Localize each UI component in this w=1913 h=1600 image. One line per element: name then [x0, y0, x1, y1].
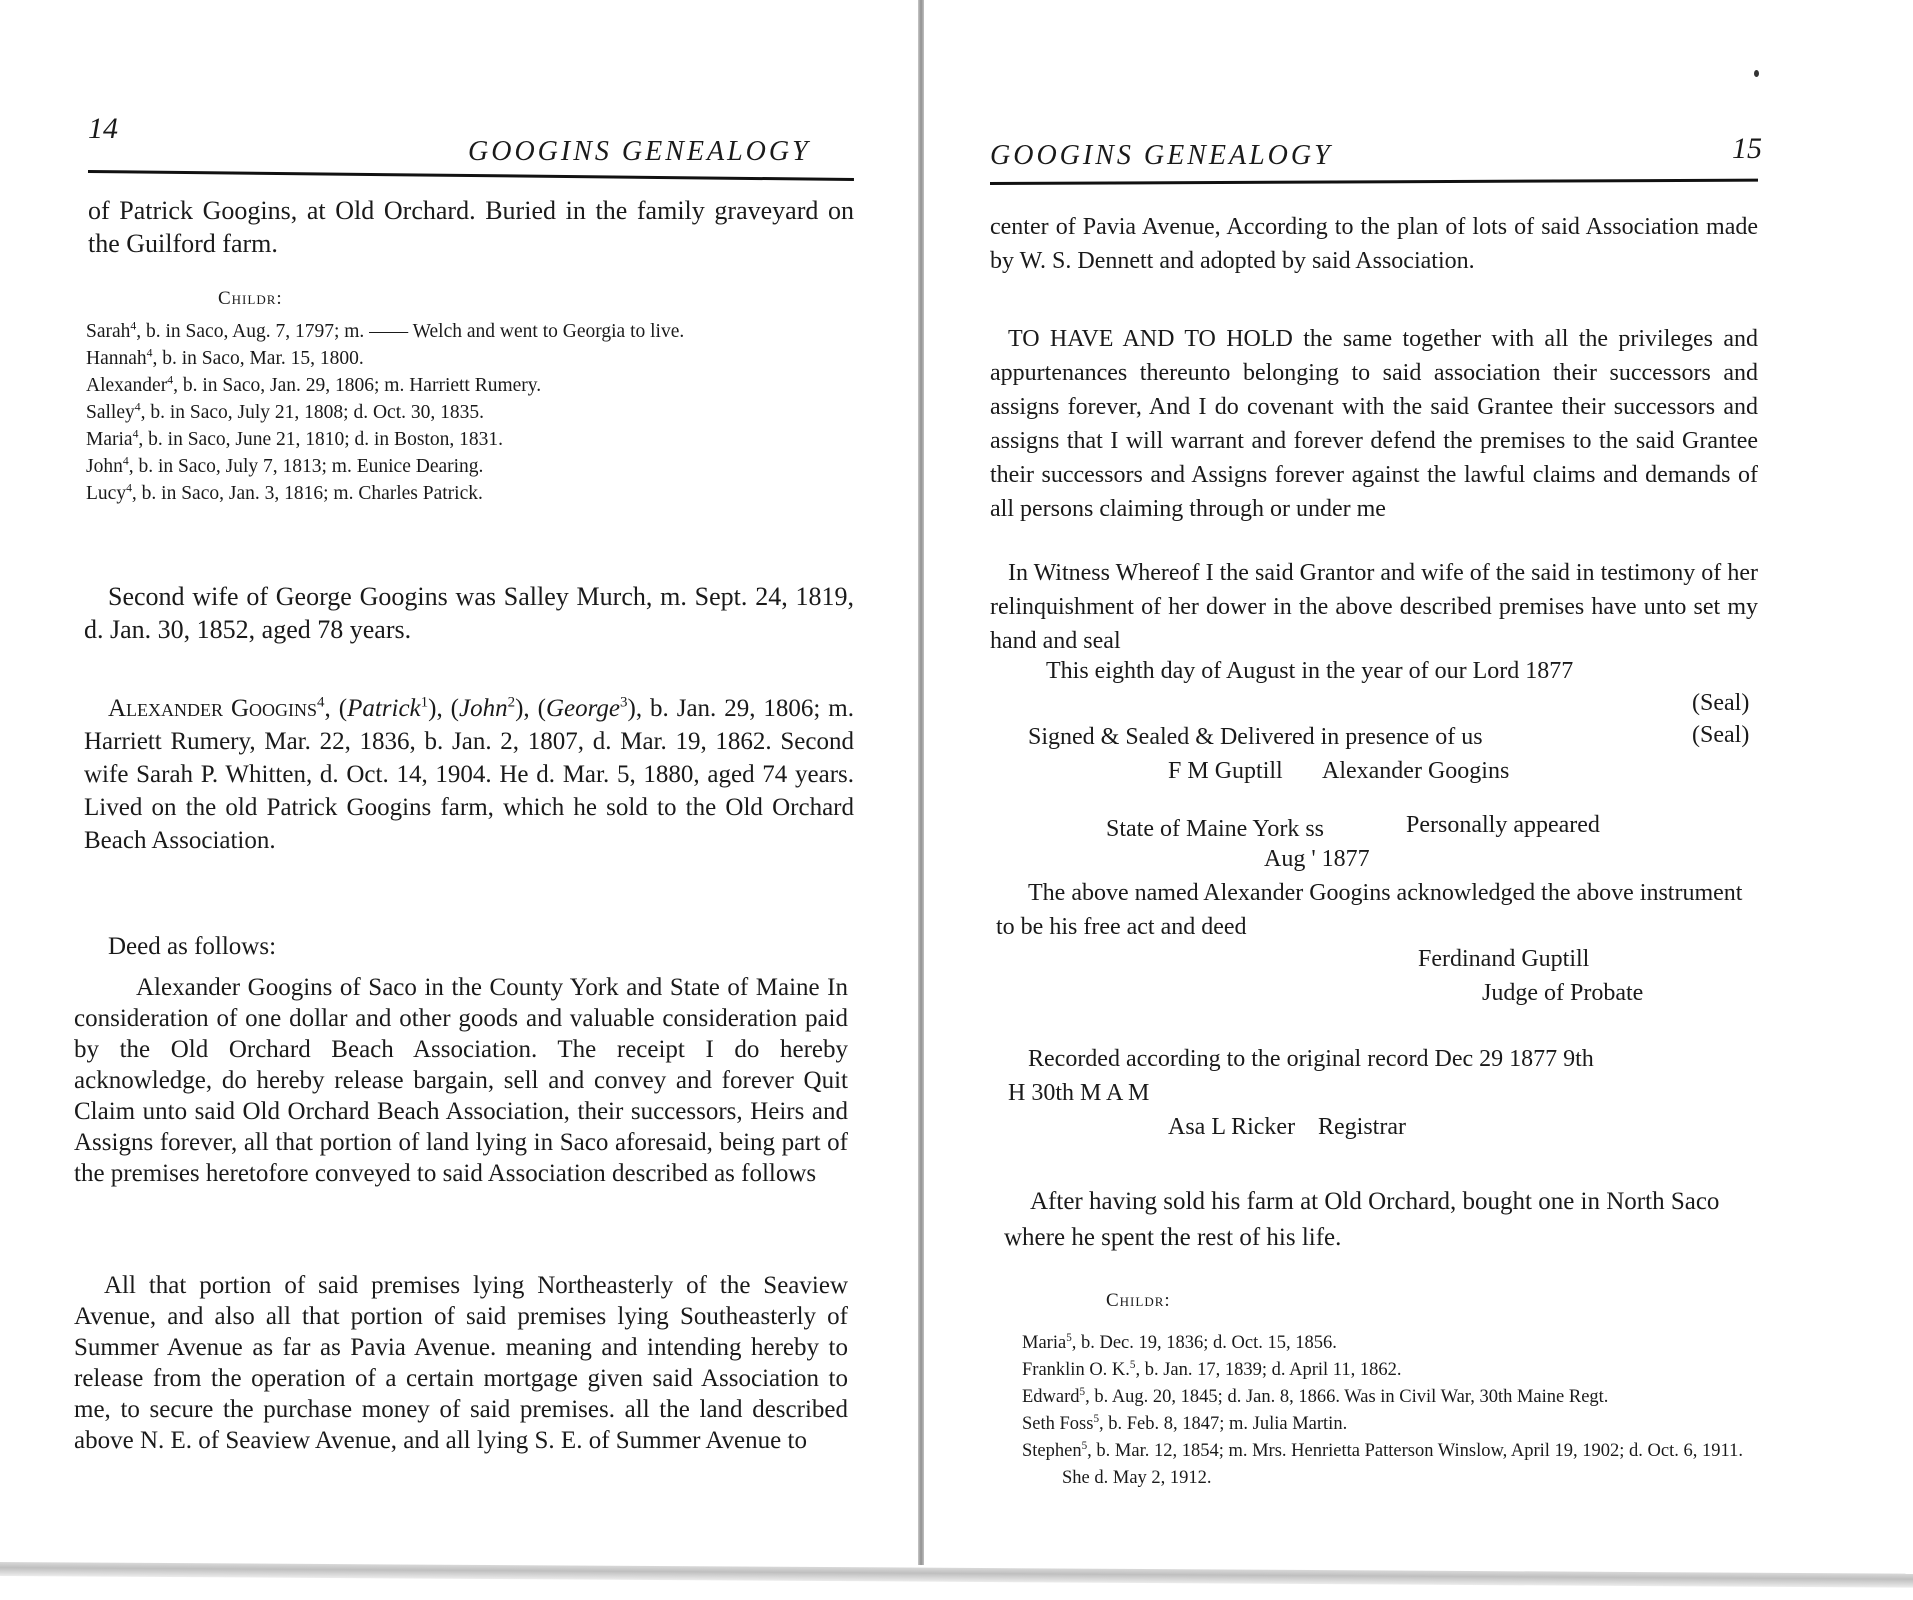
habendum-paragraph: TO HAVE AND TO HOLD the same together wi…	[990, 322, 1758, 526]
seal-1: (Seal)	[1692, 690, 1749, 717]
registrar-name: Asa L Ricker	[1168, 1114, 1295, 1141]
entry-name: Alexander Googins	[108, 695, 317, 722]
deed-paragraph-2: All that portion of said premises lying …	[74, 1270, 848, 1456]
running-header: GOOGINS GENEALOGY	[468, 136, 811, 168]
header-rule	[88, 170, 854, 181]
signed-line: Signed & Sealed & Delivered in presence …	[1028, 724, 1483, 751]
deed-intro: Deed as follows:	[108, 930, 848, 963]
header-rule	[990, 179, 1758, 185]
witness-name: F M Guptill	[1168, 758, 1283, 785]
grantor-name: Alexander Googins	[1322, 758, 1509, 785]
child-entry: Franklin O. K.5, b. Jan. 17, 1839; d. Ap…	[1022, 1357, 1762, 1384]
child-entry: Sarah4, b. in Saco, Aug. 7, 1797; m. —— …	[86, 318, 856, 345]
children-list: Sarah4, b. in Saco, Aug. 7, 1797; m. —— …	[86, 318, 856, 507]
child-entry: John4, b. in Saco, July 7, 1813; m. Euni…	[86, 453, 856, 480]
witness-paragraph: In Witness Whereof I the said Grantor an…	[990, 556, 1758, 658]
child-entry: Seth Foss5, b. Feb. 8, 1847; m. Julia Ma…	[1022, 1411, 1762, 1438]
children-list: Maria5, b. Dec. 19, 1836; d. Oct. 15, 18…	[1022, 1330, 1762, 1492]
child-entry: Salley4, b. in Saco, July 21, 1808; d. O…	[86, 399, 856, 426]
running-header: GOOGINS GENEALOGY	[990, 140, 1333, 172]
acknowledgement: The above named Alexander Googins acknow…	[996, 876, 1756, 944]
left-page: 14 GOOGINS GENEALOGY of Patrick Googins,…	[0, 0, 932, 1565]
personally-appeared: Personally appeared	[1406, 812, 1600, 839]
alexander-entry: Alexander Googins4, (Patrick1), (John2),…	[84, 692, 854, 857]
seal-2: (Seal)	[1692, 722, 1749, 749]
continuation-paragraph: center of Pavia Avenue, According to the…	[990, 210, 1758, 278]
book-spread: 14 GOOGINS GENEALOGY of Patrick Googins,…	[0, 0, 1913, 1600]
child-entry: Lucy4, b. in Saco, Jan. 3, 1816; m. Char…	[86, 480, 856, 507]
child-entry: Maria4, b. in Saco, June 21, 1810; d. in…	[86, 426, 856, 453]
recorded-line-1: Recorded according to the original recor…	[1028, 1046, 1594, 1073]
book-gutter	[918, 0, 924, 1565]
child-entry: Stephen5, b. Mar. 12, 1854; m. Mrs. Henr…	[1022, 1438, 1762, 1492]
after-paragraph: After having sold his farm at Old Orchar…	[1004, 1184, 1748, 1256]
recorded-line-2: H 30th M A M	[1008, 1080, 1149, 1107]
child-entry: Hannah4, b. in Saco, Mar. 15, 1800.	[86, 345, 856, 372]
child-entry: Edward5, b. Aug. 20, 1845; d. Jan. 8, 18…	[1022, 1384, 1762, 1411]
judge-name: Ferdinand Guptill	[1418, 946, 1589, 973]
state-line: State of Maine York ss	[1106, 816, 1324, 843]
children-heading: Childr:	[218, 288, 283, 310]
page-edge-shadow	[0, 1562, 1913, 1588]
right-page: GOOGINS GENEALOGY 15 center of Pavia Ave…	[936, 0, 1913, 1565]
deed-paragraph-1: Alexander Googins of Saco in the County …	[74, 972, 848, 1189]
children-heading: Childr:	[1106, 1290, 1171, 1312]
second-wife-paragraph: Second wife of George Googins was Salley…	[84, 580, 854, 646]
date-line: This eighth day of August in the year of…	[1046, 658, 1573, 685]
opening-paragraph: of Patrick Googins, at Old Orchard. Buri…	[88, 194, 854, 260]
judge-title: Judge of Probate	[1482, 980, 1643, 1007]
scan-speck	[1754, 70, 1759, 77]
registrar-title: Registrar	[1318, 1114, 1406, 1141]
child-entry: Maria5, b. Dec. 19, 1836; d. Oct. 15, 18…	[1022, 1330, 1762, 1357]
page-number: 14	[88, 112, 118, 146]
ack-date: Aug ' 1877	[1264, 846, 1370, 873]
page-number: 15	[1732, 132, 1762, 166]
child-entry: Alexander4, b. in Saco, Jan. 29, 1806; m…	[86, 372, 856, 399]
